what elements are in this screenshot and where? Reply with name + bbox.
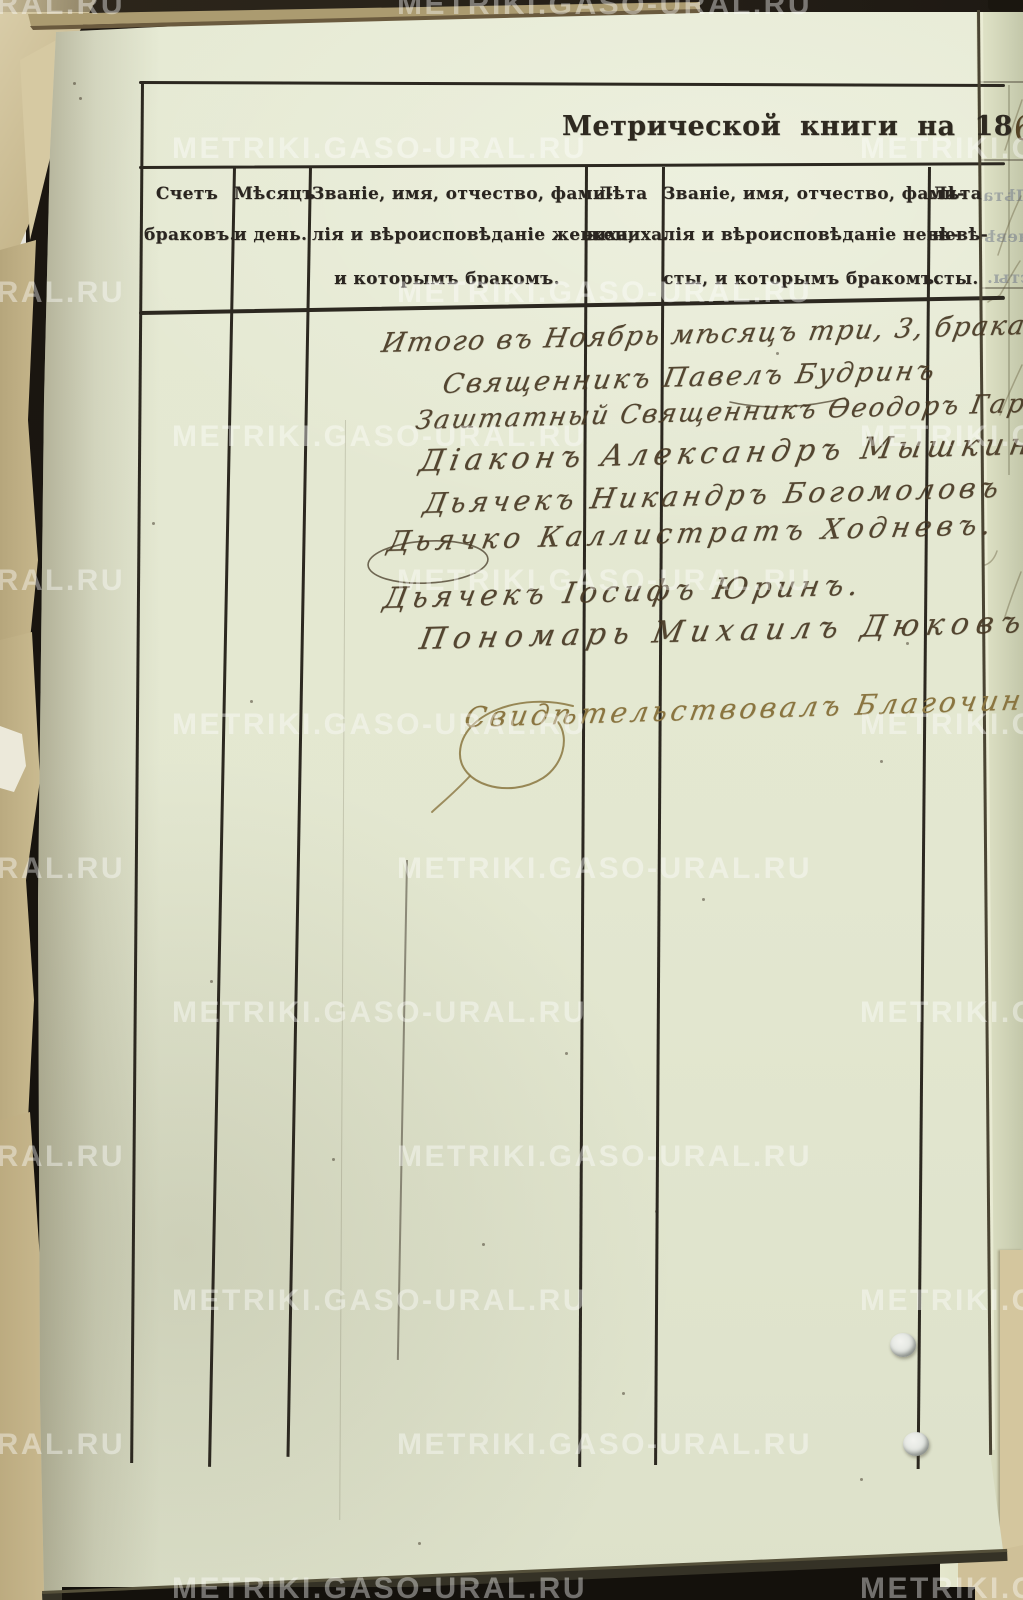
column-header-bride-age: Лѣта невѣ- сты. — [932, 172, 980, 312]
column-header-month-day: Мѣсяцъ и день. — [234, 172, 306, 312]
punch-hole — [903, 1432, 929, 1456]
photo-background-bottom — [62, 1587, 975, 1600]
paper-speck — [418, 1542, 421, 1545]
header-line: лія и вѣроисповѣданіе невѣ- — [663, 227, 925, 244]
facing-page-rule-line — [980, 287, 1023, 289]
paper-speck — [332, 1158, 335, 1161]
header-line: невѣ- — [932, 227, 980, 244]
header-line: жениха. — [586, 227, 659, 244]
header-line: сты, и которымъ бракомъ. — [663, 271, 925, 288]
header-line: Мѣсяцъ — [234, 186, 306, 203]
title-printed-text: Метрической книги на — [562, 111, 956, 142]
header-line: Званіе, имя, отчество, фами- — [663, 186, 925, 203]
paper-speck — [622, 1392, 625, 1395]
paper-speck — [860, 1478, 863, 1481]
title-year-printed: 18 — [974, 111, 1013, 142]
paper-speck — [702, 898, 705, 901]
header-line: и которымъ бракомъ. — [312, 271, 582, 288]
facing-page-mirrored-text: Лѣта — [984, 186, 1023, 205]
paper-speck — [73, 82, 76, 85]
header-line: Счетъ — [144, 186, 230, 203]
facing-page-rule-line — [980, 159, 1023, 161]
torn-page-edge — [0, 630, 44, 1150]
header-line: лія и вѣроисповѣданіе жениха, — [312, 227, 582, 244]
paper-speck — [880, 760, 883, 763]
header-line: и день. — [234, 227, 306, 244]
torn-page-edge — [0, 240, 44, 670]
column-header-groom-age: Лѣта жениха. — [586, 172, 659, 312]
photo-background-corner — [988, 0, 1023, 11]
paper-speck — [210, 980, 213, 983]
paper-speck — [250, 700, 253, 703]
header-line: браковъ. — [144, 227, 230, 244]
header-line: Лѣта — [932, 186, 980, 203]
facing-page-mirrored-text: сты. — [984, 268, 1023, 287]
facing-page-mirrored-text: невѣ- — [984, 227, 1023, 246]
header-line: Лѣта — [586, 186, 659, 203]
column-header-bride: Званіе, имя, отчество, фами- лія и вѣрои… — [663, 172, 925, 312]
page-title: Метрической книги на 1860 — [562, 104, 1023, 143]
paper-speck — [152, 522, 155, 525]
paper-speck — [79, 97, 82, 100]
paper-speck — [776, 352, 779, 355]
paper-speck — [565, 1052, 568, 1055]
header-line: сты. — [932, 271, 980, 288]
facing-page-rule-line — [980, 81, 1023, 83]
punch-hole — [890, 1333, 916, 1357]
paper-speck — [482, 1243, 485, 1246]
column-header-marriage-count: Счетъ браковъ. — [144, 172, 230, 312]
header-line: Званіе, имя, отчество, фами- — [312, 186, 582, 203]
scanned-document-photo: { "document": { "watermark": "METRIKI.GA… — [0, 0, 1023, 1600]
column-header-groom: Званіе, имя, отчество, фами- лія и вѣрои… — [312, 172, 582, 312]
